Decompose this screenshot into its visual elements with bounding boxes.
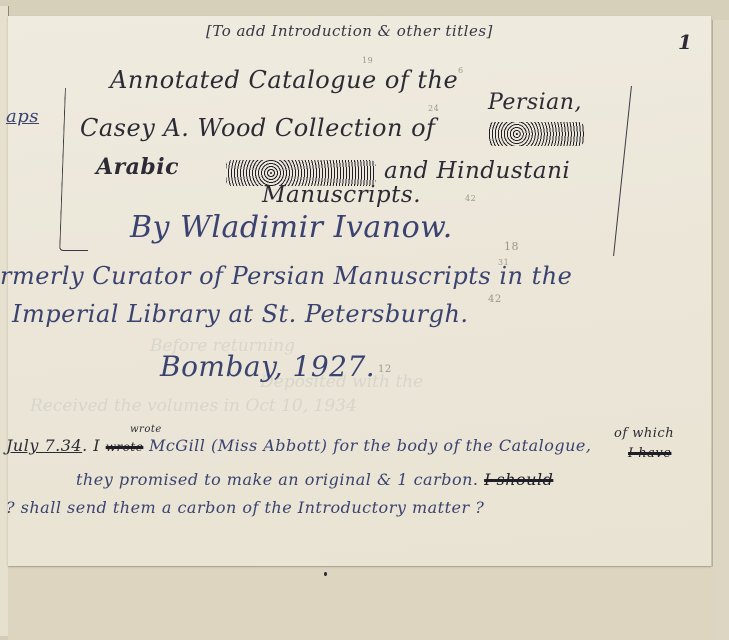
bleed-through-line: Received the volumes in Oct 10, 1934 bbox=[30, 396, 357, 416]
note-text: . I bbox=[82, 436, 100, 455]
note-line-1: July 7.34. I wrote McGill (Miss Abbott) … bbox=[6, 436, 591, 455]
header-note: [To add Introduction & other titles] bbox=[206, 22, 493, 40]
underlying-sheet-right-edge bbox=[712, 20, 729, 640]
author-line: By Wladimir Ivanow. bbox=[130, 210, 453, 245]
pencil-count: 19 bbox=[362, 56, 373, 65]
pencil-count: 6 bbox=[458, 66, 464, 75]
title-line-4: Manuscripts. bbox=[262, 182, 421, 208]
left-bracket-mark bbox=[59, 88, 94, 251]
title-line-3-prefix: Arabic bbox=[96, 154, 179, 180]
note-line-3: ? shall send them a carbon of the Introd… bbox=[6, 498, 484, 517]
title-line-1: Annotated Catalogue of the bbox=[110, 66, 458, 94]
pencil-count: 18 bbox=[504, 240, 519, 253]
note-line-2: they promised to make an original & 1 ca… bbox=[76, 470, 553, 489]
inserted-words: of which bbox=[614, 426, 674, 441]
struck-word: wrote bbox=[106, 440, 144, 454]
underlying-sheet-bottom bbox=[8, 566, 713, 640]
pencil-count: 42 bbox=[488, 294, 502, 305]
struck-words: I have bbox=[628, 446, 671, 461]
scribbled-out-word bbox=[488, 122, 584, 146]
title-line-3-suffix: and Hindustani bbox=[384, 158, 570, 184]
struck-words: I should bbox=[484, 470, 553, 489]
place-date-line: Bombay, 1927. bbox=[160, 350, 375, 383]
affiliation-line-2: Imperial Library at St. Petersburgh. bbox=[12, 300, 469, 328]
title-line-2: Casey A. Wood Collection of bbox=[80, 114, 435, 142]
inserted-word: wrote bbox=[130, 424, 162, 435]
pencil-count: 24 bbox=[428, 104, 439, 113]
affiliation-line-1: rmerly Curator of Persian Manuscripts in… bbox=[0, 262, 572, 290]
page-number: 1 bbox=[678, 30, 692, 54]
title-inserted-word: Persian, bbox=[488, 90, 582, 115]
pencil-count: 12 bbox=[378, 364, 392, 375]
ink-dot bbox=[324, 572, 327, 576]
note-date: July 7.34 bbox=[6, 436, 82, 455]
note-text: they promised to make an original & 1 ca… bbox=[76, 470, 479, 489]
pencil-count: 42 bbox=[465, 194, 476, 203]
margin-note: aps bbox=[6, 106, 39, 127]
note-text: McGill (Miss Abbott) for the body of the… bbox=[149, 436, 592, 455]
